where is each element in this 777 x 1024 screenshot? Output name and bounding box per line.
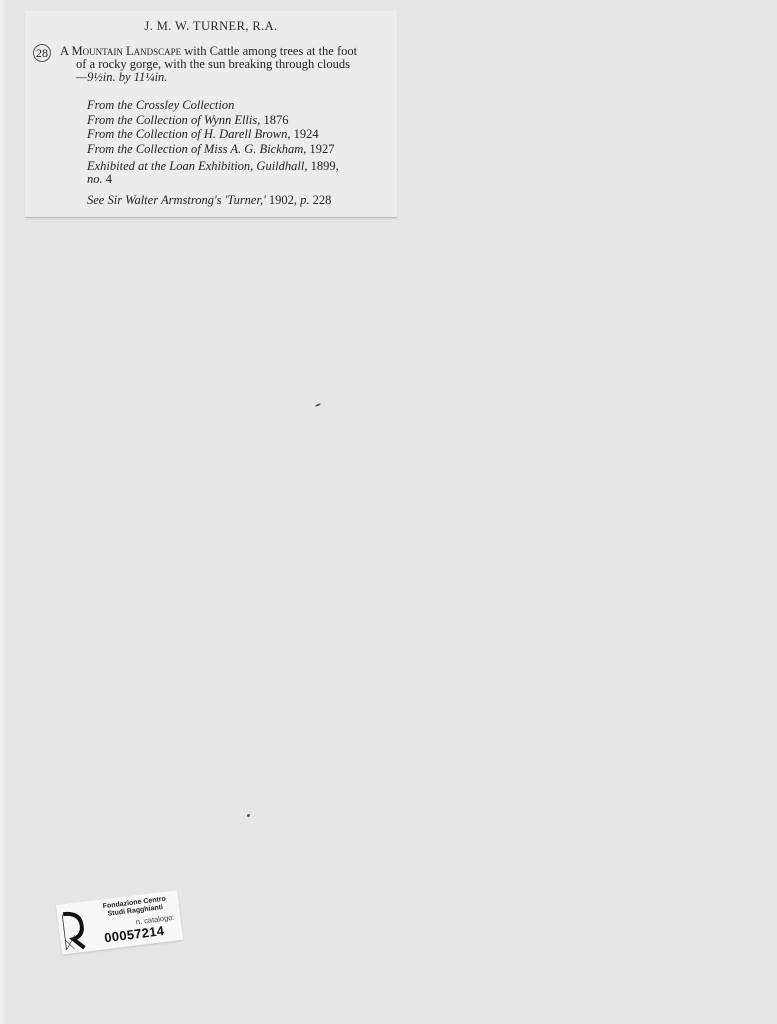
artist-heading: J. M. W. TURNER, R.A. xyxy=(25,19,397,34)
scan-speck xyxy=(315,403,321,407)
page-edge xyxy=(0,0,6,1024)
dimensions: —9½in. by 11¼in. xyxy=(60,71,390,84)
provenance-item: From the Collection of Wynn Ellis, 1876 xyxy=(87,113,387,128)
title-rest: with Cattle among trees at the foot xyxy=(181,44,357,58)
provenance-item: From the Crossley Collection xyxy=(87,98,387,113)
lot-number-circled: 28 xyxy=(33,44,51,62)
provenance-item: From the Collection of Miss A. G. Bickha… xyxy=(87,142,387,157)
literature-reference: See Sir Walter Armstrong's 'Turner,' 190… xyxy=(87,194,387,207)
title-smallcaps: A Mountain Landscape xyxy=(60,44,181,58)
exhibition-note: Exhibited at the Loan Exhibition, Guildh… xyxy=(87,160,387,186)
provenance-item: From the Collection of H. Darell Brown, … xyxy=(87,127,387,142)
archive-label: Fondazione Centro Studi Ragghianti n. ca… xyxy=(56,890,183,954)
catalog-clipping: J. M. W. TURNER, R.A. 28 A Mountain Land… xyxy=(25,11,397,217)
ragghianti-r-logo-icon xyxy=(60,908,87,952)
scan-speck xyxy=(247,814,250,817)
provenance-list: From the Crossley Collection From the Co… xyxy=(87,98,387,156)
artwork-title: A Mountain Landscape with Cattle among t… xyxy=(60,45,390,84)
catalog-number: 00057214 xyxy=(103,923,165,945)
